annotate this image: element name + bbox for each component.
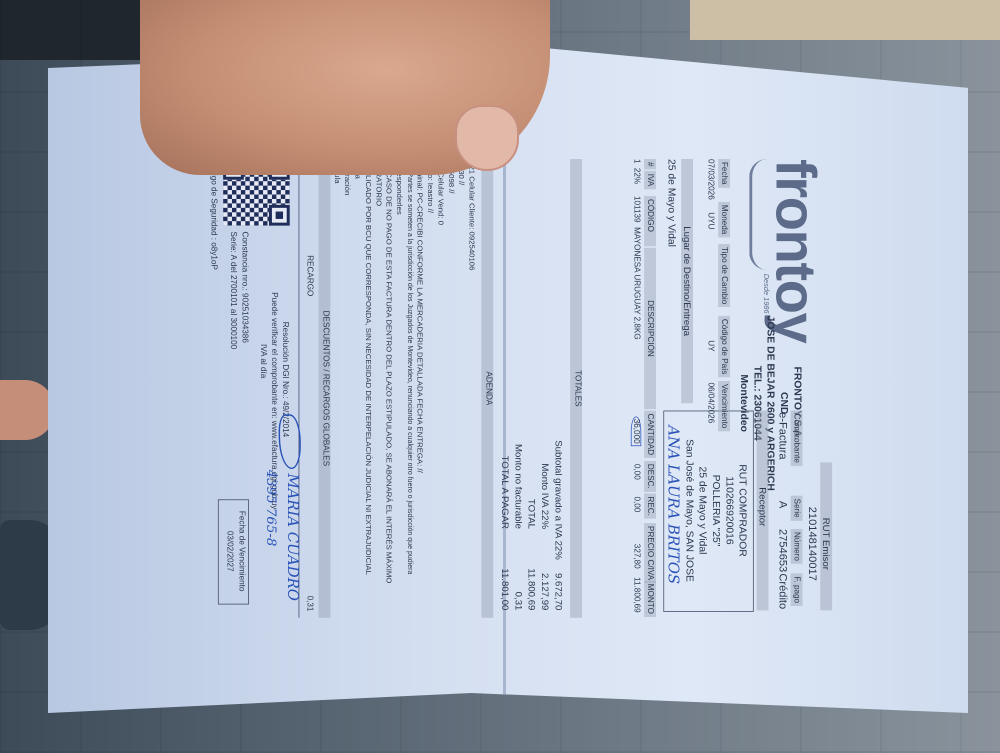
handwritten-receptor-name: ANA LAURA BRITOS [665, 425, 683, 584]
codigo-pais-value: UY [706, 340, 715, 351]
serie-range: Serie: A del 2700101 al 3000100 [229, 231, 238, 349]
col-rec-header: REC. [644, 493, 656, 518]
row-monto: 11.800,69 [632, 577, 641, 613]
adenda-line: ...45098 // [446, 159, 456, 618]
signature-scribble-icon [279, 414, 301, 469]
col-iva-header: IVA [644, 170, 656, 188]
rut-comprador-label: RUT COMPRADOR [737, 410, 749, 610]
vencimiento-header: Vencimiento [718, 381, 730, 431]
comprobante-value: e-Factura [777, 412, 790, 460]
tipo-cambio-header: Tipo de Cambio [718, 244, 730, 307]
codigo-pais-header: Código de País [718, 315, 730, 377]
col-precio-header: PRECIO C/IVA [644, 523, 656, 583]
fpago-header: F. pago [791, 573, 803, 606]
handwritten-signer-name: MARIA CUADRO [285, 473, 303, 600]
qr-corner [269, 204, 290, 225]
total-pagar-label: TOTAL A PAGAR [500, 440, 511, 529]
col-codigo-header: CÓDIGO [644, 196, 656, 246]
total-value: 11.800,69 [527, 558, 538, 610]
receptor-city: San José de Mayo, SAN JOSE [684, 410, 696, 610]
serie-value: A [777, 500, 790, 507]
vencimiento-footer-label: Fecha de Vencimiento [237, 499, 246, 603]
issuer-name: FRONTOY S.A. [792, 307, 804, 499]
handwritten-signer-id: 4395 765-8 [263, 469, 279, 546]
iva-al-dia: IVA al día [259, 344, 268, 378]
issuer-line2: CND [779, 307, 791, 499]
col-descripcion-header: DESCRIPCIÓN [644, 247, 656, 408]
receptor-label: Receptor [757, 440, 768, 573]
moneda-header: Moneda [718, 201, 730, 236]
numero-value: 2754653 [777, 529, 790, 572]
col-num-header: # [644, 159, 656, 169]
adenda-line: Aclaración [342, 159, 352, 618]
numero-header: Número [791, 529, 803, 564]
row-precio: 327,80 [632, 543, 641, 568]
adenda-line: PUBLICADO POR BCU QUE CORRESPONDA, SIN N… [363, 159, 373, 618]
col-desc-header: DESC. [644, 460, 656, 491]
rut-emisor-label: RUT Emisor [821, 492, 832, 596]
total-label: TOTAL [527, 440, 538, 529]
adenda-line: Firma [353, 159, 363, 618]
adenda-line: Terminal: PC-CRECIBI CONFORME LA MERCADE… [415, 159, 425, 618]
destino-value: 25 de Mayo y Vidal [666, 159, 678, 247]
constancia: Constancia nro.: 90251034386 [240, 231, 249, 342]
no-facturable-value: 0,31 [513, 558, 524, 610]
comprobante-header: Comprobante [791, 410, 803, 465]
globales-label: DESCUENTOS / RECARGOS GLOBALES [322, 159, 331, 618]
row-cantidad: 36,000 [631, 416, 641, 445]
thumb-nail [455, 105, 519, 171]
adenda-line: Cédula [332, 159, 342, 618]
row-iva: 22% [632, 167, 641, 183]
wooden-board [690, 0, 1000, 40]
fpago-value: Crédito [777, 573, 790, 609]
adenda-label: ADENDA [484, 159, 493, 618]
total-pagar-value: 11.801,00 [500, 558, 511, 610]
adenda-line: corresponderles [394, 159, 404, 618]
adenda-line: ...6 Celular Vend: 0 [435, 159, 445, 618]
row-num: 1 [632, 159, 641, 164]
col-cantidad-header: CANTIDAD [644, 410, 656, 458]
fecha-header: Fecha [718, 159, 730, 188]
row-desc: 0,00 [632, 463, 641, 479]
logo-swoosh-icon [749, 159, 767, 270]
subtotal-value: 9.672,70 [553, 558, 564, 610]
row-rec: 0,00 [632, 496, 641, 512]
subtotal-label: Subtotal gravado a IVA 22% [553, 440, 564, 529]
receptor-address: 25 de Mayo y Vidal [697, 410, 709, 610]
totales-label: TOTALES [573, 159, 582, 618]
col-monto-header: MONTO [644, 580, 656, 616]
destino-label: Lugar de Destino/Entrega [682, 159, 693, 403]
moneda-value: UYU [706, 212, 715, 229]
adenda-line: ...21 Celular Cliente: 092540106 [467, 159, 477, 618]
adenda-text: ...21 Celular Cliente: 092540106 ...F30 … [332, 159, 477, 618]
fecha-value: 07/03/2026 [706, 159, 715, 200]
adenda-line: ...ario: Ieastro // [425, 159, 435, 618]
row-descripcion: MAYONESA URUGUAY 2,8KG [632, 227, 641, 340]
security-code: Código de Seguridad : o8y1oP [209, 159, 218, 270]
recargo-label: RECARGO [305, 255, 314, 296]
rut-emisor-value: 210148140017 [806, 492, 819, 596]
recargo-value: 0,31 [305, 595, 314, 611]
no-facturable-label: Monto no facturable [513, 440, 524, 529]
receptor-name: POLLERIA "25" [711, 410, 723, 610]
monto-iva-label: Monto IVA 22% [540, 440, 551, 529]
invoice-sheet: frontoy Desde 1986 FRONTOY S.A. CND JOSE… [175, 144, 841, 618]
serie-header: Serie [791, 495, 803, 520]
vencimiento-footer-value: 03/02/2027 [225, 499, 234, 603]
adenda-line: ...F30 // [456, 159, 466, 618]
adenda-line: EN CASO DE NO PAGO DE ESTA FACTURA DENTR… [373, 159, 394, 618]
vencimiento-value: 06/04/2026 [706, 382, 715, 423]
row-codigo: 101139 [632, 196, 641, 223]
rut-comprador-value: 110266920016 [724, 410, 736, 610]
monto-iva-value: 2.127,99 [540, 558, 551, 610]
adenda-line: Las Partes se someten a la jurisdicción … [404, 159, 414, 618]
